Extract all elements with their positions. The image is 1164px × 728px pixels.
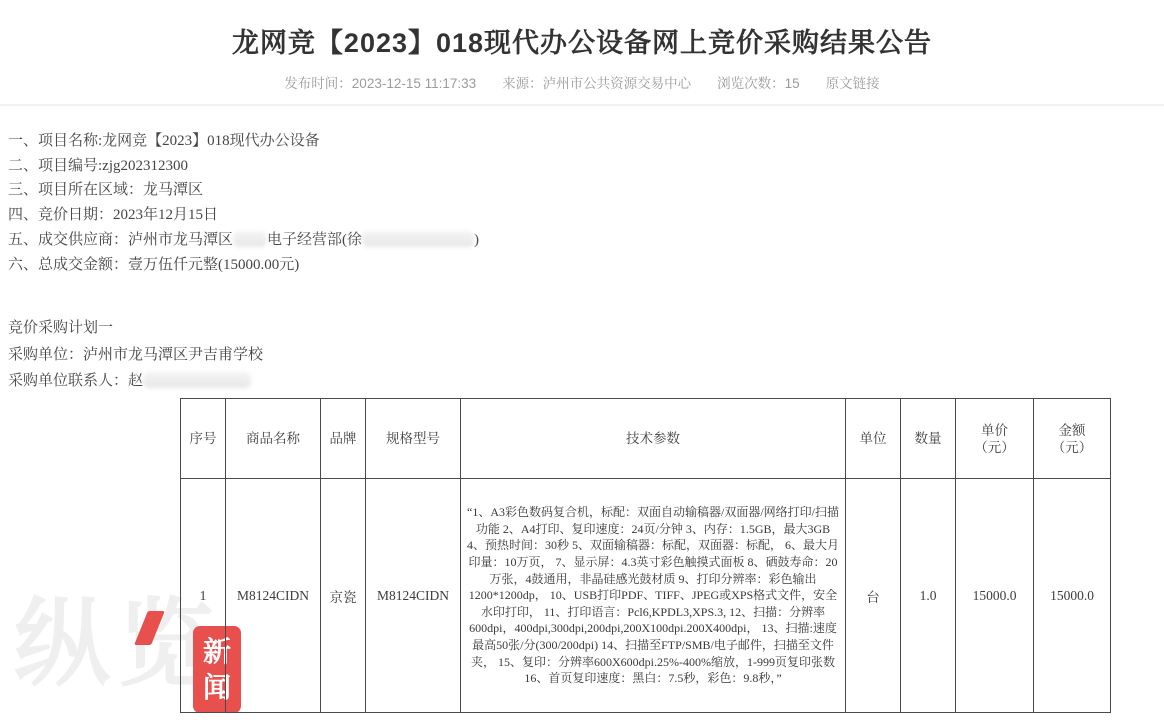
publish-time: 发布时间：2023-12-15 11:17:33 [284, 72, 476, 92]
view-count-label: 浏览次数： [717, 76, 785, 91]
col-header-unit: 单位 [846, 399, 901, 479]
header-divider [0, 104, 1164, 106]
info-project-name-label: 一、项目名称: [8, 133, 102, 149]
announcement-page: 纵览 新 闻 龙网竞【2023】018现代办公设备网上竞价采购结果公告 发布时间… [0, 0, 1164, 728]
info-project-region-label: 三、项目所在区域： [8, 182, 143, 198]
procurement-table-wrap: 序号 商品名称 品牌 规格型号 技术参数 单位 数量 单价 （元） 金额 （元）… [180, 398, 1111, 713]
cell-unit: 台 [846, 479, 901, 713]
col-header-unit-price: 单价 （元） [956, 399, 1034, 479]
col-header-model: 规格型号 [366, 399, 461, 479]
plan-contact-label: 采购单位联系人： [8, 373, 128, 389]
source: 来源：泸州市公共资源交易中心 [502, 72, 691, 92]
table-row: 1 M8124CIDN 京瓷 M8124CIDN “1、A3彩色数码复合机，标配… [181, 479, 1111, 713]
cell-quantity: 1.0 [901, 479, 956, 713]
plan-purchasing-unit: 采购单位：泸州市龙马潭区尹吉甫学校 [8, 342, 263, 369]
cell-brand: 京瓷 [321, 479, 366, 713]
info-project-number-label: 二、项目编号: [8, 158, 102, 174]
table-header-row: 序号 商品名称 品牌 规格型号 技术参数 单位 数量 单价 （元） 金额 （元） [181, 399, 1111, 479]
cell-unit-price: 15000.0 [956, 479, 1034, 713]
publish-time-value: 2023-12-15 11:17:33 [352, 76, 476, 91]
info-bidding-date-label: 四、竞价日期： [8, 207, 113, 223]
page-title: 龙网竞【2023】018现代办公设备网上竞价采购结果公告 [0, 21, 1164, 60]
info-project-region: 三、项目所在区域：龙马潭区 [8, 178, 479, 203]
info-winning-supplier-label: 五、成交供应商： [8, 232, 128, 248]
info-bidding-date-value: 2023年12月15日 [113, 207, 218, 223]
info-bidding-date: 四、竞价日期：2023年12月15日 [8, 203, 479, 228]
redacted-region [143, 372, 251, 388]
plan-title: 竞价采购计划一 [8, 315, 263, 342]
redacted-region [362, 231, 474, 247]
source-label: 来源： [502, 76, 543, 91]
info-winning-supplier-part1: 泸州市龙马潭区 [128, 232, 233, 248]
plan-contact-value: 赵 [128, 373, 143, 389]
cell-index: 1 [181, 479, 226, 713]
info-project-number: 二、项目编号:zjg202312300 [8, 154, 479, 179]
info-total-amount: 六、总成交金额：壹万伍仟元整(15000.00元) [8, 253, 479, 278]
redacted-region [233, 231, 267, 247]
info-project-name: 一、项目名称:龙网竞【2023】018现代办公设备 [8, 129, 479, 154]
procurement-table: 序号 商品名称 品牌 规格型号 技术参数 单位 数量 单价 （元） 金额 （元）… [180, 398, 1111, 713]
info-list: 一、项目名称:龙网竞【2023】018现代办公设备 二、项目编号:zjg2023… [8, 129, 479, 277]
info-winning-supplier-part2: 电子经营部(徐 [267, 232, 362, 248]
view-count-value: 15 [785, 76, 800, 91]
col-header-index: 序号 [181, 399, 226, 479]
cell-product-name: M8124CIDN [226, 479, 321, 713]
info-project-name-value: 龙网竞【2023】018现代办公设备 [102, 133, 320, 149]
info-total-amount-label: 六、总成交金额： [8, 257, 128, 273]
cell-amount: 15000.0 [1034, 479, 1111, 713]
plan-purchasing-unit-label: 采购单位： [8, 347, 83, 363]
col-header-amount: 金额 （元） [1034, 399, 1111, 479]
info-project-number-value: zjg202312300 [102, 158, 188, 174]
plan-contact: 采购单位联系人：赵 [8, 368, 263, 395]
plan-purchasing-unit-value: 泸州市龙马潭区尹吉甫学校 [83, 347, 263, 363]
col-header-brand: 品牌 [321, 399, 366, 479]
col-header-tech-params: 技术参数 [461, 399, 846, 479]
source-value: 泸州市公共资源交易中心 [543, 76, 692, 91]
original-link[interactable]: 原文链接 [826, 72, 880, 92]
col-header-product-name: 商品名称 [226, 399, 321, 479]
meta-bar: 发布时间：2023-12-15 11:17:33 来源：泸州市公共资源交易中心 … [0, 72, 1164, 92]
info-winning-supplier-part3: ) [474, 232, 479, 248]
cell-model: M8124CIDN [366, 479, 461, 713]
info-project-region-value: 龙马潭区 [143, 182, 203, 198]
cell-tech-params: “1、A3彩色数码复合机，标配：双面自动输稿器/双面器/网络打印/扫描功能 2、… [461, 479, 846, 713]
col-header-quantity: 数量 [901, 399, 956, 479]
plan-section: 竞价采购计划一 采购单位：泸州市龙马潭区尹吉甫学校 采购单位联系人：赵 [8, 315, 263, 395]
view-count: 浏览次数：15 [717, 72, 800, 92]
info-total-amount-value: 壹万伍仟元整(15000.00元) [128, 257, 299, 273]
info-winning-supplier: 五、成交供应商：泸州市龙马潭区电子经营部(徐) [8, 228, 479, 253]
publish-time-label: 发布时间： [284, 76, 352, 91]
